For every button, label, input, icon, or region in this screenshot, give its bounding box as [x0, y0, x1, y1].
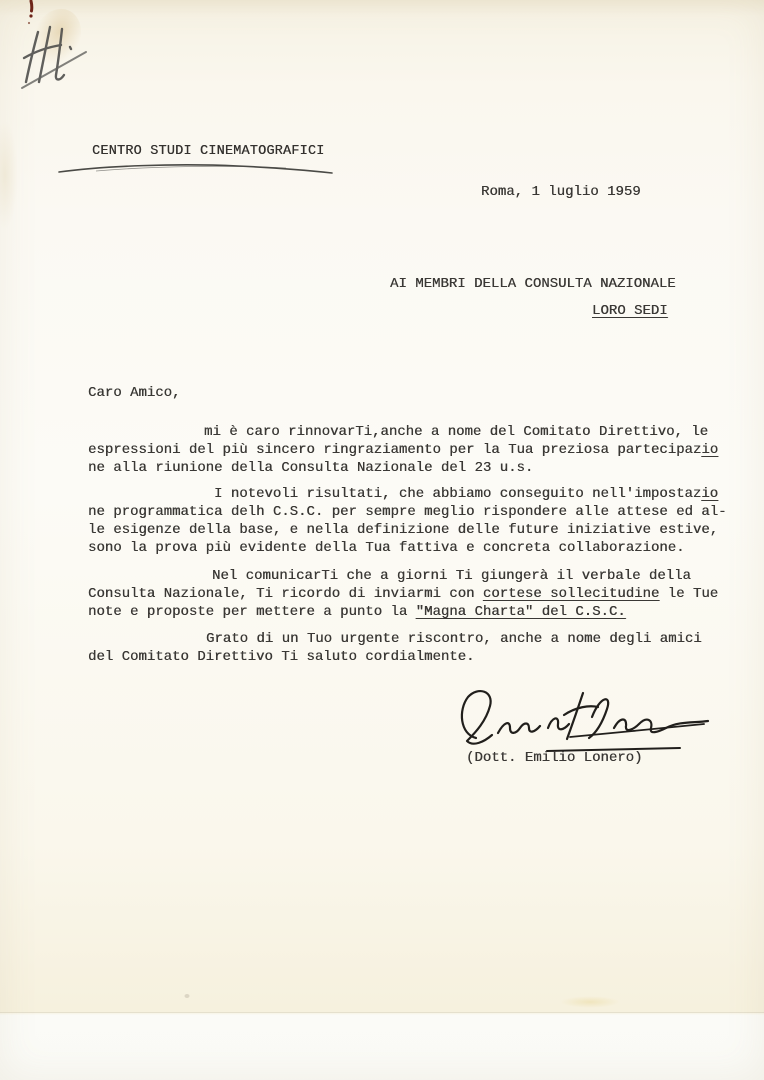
- signer-name: (Dott. Emilio Lonero): [466, 750, 642, 766]
- letter-page: CENTRO STUDI CINEMATOGRAFICI Roma, 1 lug…: [0, 0, 764, 1080]
- text-segment: "Magna Charta" del C.S.C.: [416, 604, 626, 620]
- text-line: mi è caro rinnovarTi,anche a nome del Co…: [204, 423, 748, 441]
- scan-seam: [0, 1012, 764, 1013]
- text-line: espressioni del più sincero ringraziamen…: [88, 441, 748, 459]
- recipient-location: LORO SEDI: [592, 303, 668, 319]
- paper-stain: [0, 120, 18, 230]
- text-segment: I notevoli risultati, che abbiamo conseg…: [214, 486, 701, 502]
- letterhead-underline: [56, 160, 336, 178]
- paragraph-4: Grato di un Tuo urgente riscontro, anche…: [88, 630, 748, 666]
- text-line: ne alla riunione della Consulta Nazional…: [88, 459, 748, 477]
- text-segment: io: [701, 442, 718, 458]
- text-segment: LORO SEDI: [592, 303, 668, 319]
- text-line: note e proposte per mettere a punto la "…: [88, 603, 748, 621]
- paper-speck: [185, 994, 190, 998]
- text-segment: le Tue: [659, 586, 718, 602]
- text-line: Grato di un Tuo urgente riscontro, anche…: [206, 630, 748, 648]
- text-line: del Comitato Direttivo Ti saluto cordial…: [88, 648, 748, 666]
- paper-stain: [560, 996, 620, 1008]
- text-segment: ne programmatica delh C.S.C. per sempre …: [88, 504, 727, 520]
- text-segment: sono la prova più evidente della Tua fat…: [88, 540, 685, 556]
- recipient-line: AI MEMBRI DELLA CONSULTA NAZIONALE: [390, 276, 676, 292]
- text-line: I notevoli risultati, che abbiamo conseg…: [214, 485, 748, 503]
- date-line: Roma, 1 luglio 1959: [481, 184, 641, 200]
- text-segment: Grato di un Tuo urgente riscontro, anche…: [206, 631, 702, 647]
- text-segment: del Comitato Direttivo Ti saluto cordial…: [88, 649, 474, 665]
- text-segment: le esigenze della base, e nella definizi…: [88, 522, 718, 538]
- text-segment: mi è caro rinnovarTi,anche a nome del Co…: [204, 424, 708, 440]
- text-line: Consulta Nazionale, Ti ricordo di inviar…: [88, 585, 748, 603]
- signature-handwriting: [452, 684, 724, 756]
- text-segment: ne alla riunione della Consulta Nazional…: [88, 460, 533, 476]
- text-line: ne programmatica delh C.S.C. per sempre …: [88, 503, 748, 521]
- text-line: le esigenze della base, e nella definizi…: [88, 521, 748, 539]
- text-line: Nel comunicarTi che a giorni Ti giungerà…: [212, 567, 748, 585]
- text-segment: io: [701, 486, 718, 502]
- letterhead: CENTRO STUDI CINEMATOGRAFICI: [92, 144, 324, 159]
- handwritten-initials: [16, 22, 92, 94]
- text-segment: Consulta Nazionale, Ti ricordo di inviar…: [88, 586, 483, 602]
- paragraph-1: mi è caro rinnovarTi,anche a nome del Co…: [88, 423, 748, 477]
- text-segment: note e proposte per mettere a punto la: [88, 604, 416, 620]
- paragraph-2: I notevoli risultati, che abbiamo conseg…: [88, 485, 748, 557]
- text-segment: cortese sollecitudine: [483, 586, 659, 602]
- text-line: sono la prova più evidente della Tua fat…: [88, 539, 748, 557]
- text-segment: espressioni del più sincero ringraziamen…: [88, 442, 701, 458]
- salutation: Caro Amico,: [88, 385, 180, 401]
- text-segment: Nel comunicarTi che a giorni Ti giungerà…: [212, 568, 691, 584]
- paragraph-3: Nel comunicarTi che a giorni Ti giungerà…: [88, 567, 748, 621]
